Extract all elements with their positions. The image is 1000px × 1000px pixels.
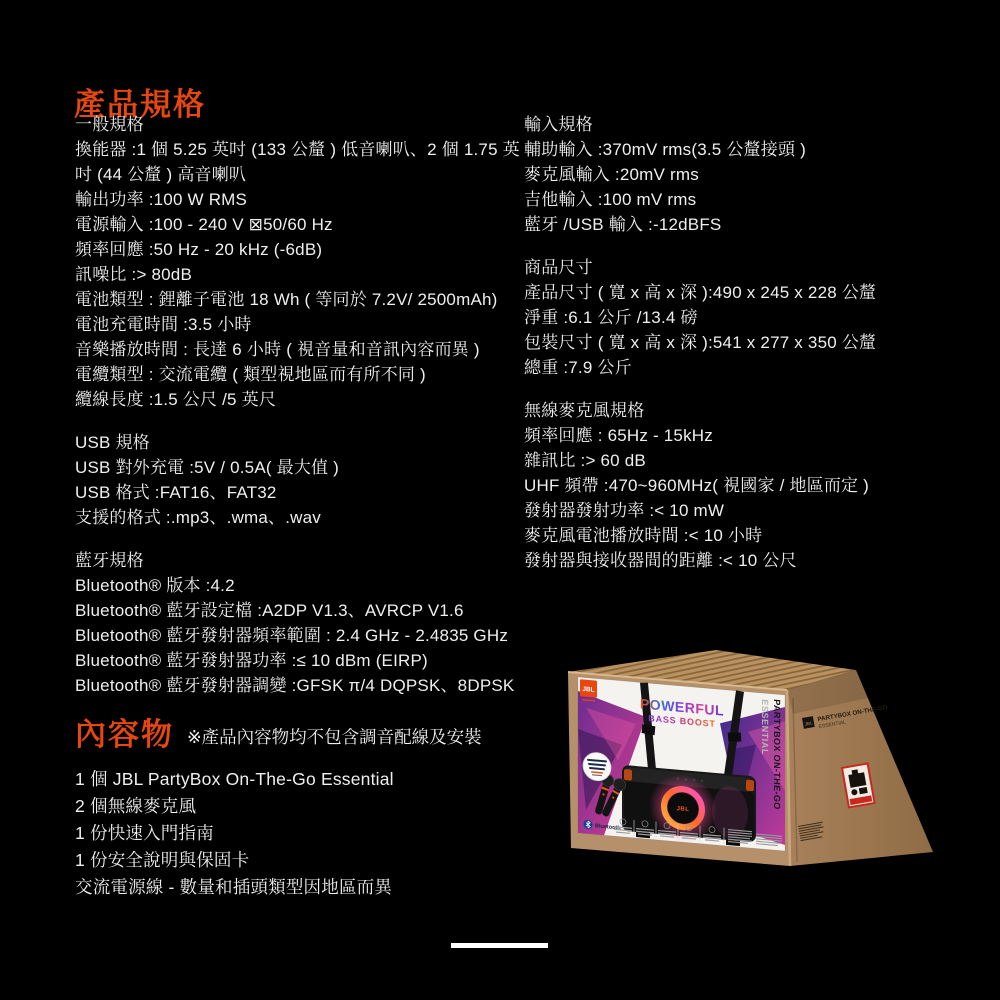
product-spec-page: { "page": { "bg": "#000000", "accent": "…: [0, 0, 1000, 1000]
spec-line: 纜線長度 :1.5 公尺 /5 英尺: [75, 387, 533, 412]
box-side-sticker: [842, 763, 875, 807]
page-bottom-marker: [451, 943, 548, 948]
spec-line: 電池類型 : 鋰離子電池 18 Wh ( 等同於 7.2V/ 2500mAh): [75, 287, 533, 312]
section-heading: 藍牙規格: [75, 548, 533, 573]
spec-line: 換能器 :1 個 5.25 英吋 (133 公釐 ) 低音喇叭、2 個 1.75…: [75, 137, 533, 187]
spec-line: 輸出功率 :100 W RMS: [75, 187, 533, 212]
content-item: 1 個 JBL PartyBox On-The-Go Essential: [75, 766, 533, 793]
spec-line: 音樂播放時間 : 長達 6 小時 ( 視音量和音訊內容而異 ): [75, 337, 533, 362]
content-item: 2 個無線麥克風: [75, 793, 533, 820]
spec-line: UHF 頻帶 :470~960MHz( 視國家 / 地區而定 ): [524, 473, 954, 498]
spec-line: 輔助輸入 :370mV rms(3.5 公釐接頭 ): [524, 137, 954, 162]
spec-line: Bluetooth® 藍牙設定檔 :A2DP V1.3、AVRCP V1.6: [75, 598, 533, 623]
spec-line: 電纜類型 : 交流電纜 ( 類型視地區而有所不同 ): [75, 362, 533, 387]
svg-text:JBL: JBL: [582, 686, 594, 694]
spec-section: 藍牙規格Bluetooth® 版本 :4.2Bluetooth® 藍牙設定檔 :…: [75, 548, 533, 698]
spec-line: USB 格式 :FAT16、FAT32: [75, 480, 533, 505]
spec-line: 頻率回應 :50 Hz - 20 kHz (-6dB): [75, 237, 533, 262]
spec-line: 淨重 :6.1 公斤 /13.4 磅: [524, 305, 954, 330]
content-item: 1 份安全說明與保固卡: [75, 847, 533, 874]
spec-line: 總重 :7.9 公斤: [524, 355, 954, 380]
content-item: 1 份快速入門指南: [75, 820, 533, 847]
box-front-label: POWERFUL BASS BOOST JBL: [578, 677, 785, 851]
spec-line: 藍牙 /USB 輸入 :-12dBFS: [524, 212, 954, 237]
section-heading: 輸入規格: [524, 112, 954, 137]
spec-line: 麥克風電池播放時間 :< 10 小時: [524, 523, 954, 548]
contents-list: 1 個 JBL PartyBox On-The-Go Essential2 個無…: [75, 766, 533, 901]
spec-line: 產品尺寸 ( 寬 x 高 x 深 ):490 x 245 x 228 公釐: [524, 280, 954, 305]
handle-accent: [746, 780, 754, 792]
spec-line: 發射器發射功率 :< 10 mW: [524, 498, 954, 523]
contents-header: 內容物 ※產品內容物均不包含調音配線及安裝: [75, 716, 533, 754]
spec-section: USB 規格USB 對外充電 :5V / 0.5A( 最大值 )USB 格式 :…: [75, 430, 533, 530]
spec-section: 商品尺寸產品尺寸 ( 寬 x 高 x 深 ):490 x 245 x 228 公…: [524, 255, 954, 380]
specs-right-column: 輸入規格輔助輸入 :370mV rms(3.5 公釐接頭 )麥克風輸入 :20m…: [524, 112, 954, 591]
spec-line: Bluetooth® 藍牙發射器調變 :GFSK π/4 DQPSK、8DPSK: [75, 673, 533, 698]
model-vertical-text: PARTYBOX ON-THE-GO: [772, 699, 782, 810]
spec-line: 支援的格式 :.mp3、.wma、.wav: [75, 505, 533, 530]
spec-line: 電池充電時間 :3.5 小時: [75, 312, 533, 337]
spec-section: 輸入規格輔助輸入 :370mV rms(3.5 公釐接頭 )麥克風輸入 :20m…: [524, 112, 954, 237]
spec-line: 麥克風輸入 :20mV rms: [524, 162, 954, 187]
spec-line: Bluetooth® 藍牙發射器功率 :≤ 10 dBm (EIRP): [75, 648, 533, 673]
jbl-ring-logo: JBL: [677, 806, 690, 813]
spec-line: USB 對外充電 :5V / 0.5A( 最大值 ): [75, 455, 533, 480]
spec-line: Bluetooth® 版本 :4.2: [75, 573, 533, 598]
specs-left-column: 一般規格換能器 :1 個 5.25 英吋 (133 公釐 ) 低音喇叭、2 個 …: [75, 112, 533, 901]
product-box-image: POWERFUL BASS BOOST JBL: [556, 640, 946, 888]
spec-line: Bluetooth® 藍牙發射器頻率範圍 : 2.4 GHz - 2.4835 …: [75, 623, 533, 648]
spec-line: 雜訊比 :> 60 dB: [524, 448, 954, 473]
spec-line: 吉他輸入 :100 mV rms: [524, 187, 954, 212]
section-heading: USB 規格: [75, 430, 533, 455]
spec-line: 訊噪比 :> 80dB: [75, 262, 533, 287]
section-heading: 商品尺寸: [524, 255, 954, 280]
contents-title: 內容物: [75, 716, 174, 754]
spec-section: 一般規格換能器 :1 個 5.25 英吋 (133 公釐 ) 低音喇叭、2 個 …: [75, 112, 533, 412]
spec-line: 發射器與接收器間的距離 :< 10 公尺: [524, 548, 954, 573]
handle-accent: [624, 769, 632, 781]
contents-note: ※產品內容物均不包含調音配線及安裝: [187, 724, 482, 754]
variant-vertical-text: ESSENTIAL: [760, 699, 770, 756]
content-item: 交流電源線 - 數量和插頭類型因地區而異: [75, 874, 533, 901]
spec-line: 電源輸入 :100 - 240 V ⊠50/60 Hz: [75, 212, 533, 237]
spec-line: 頻率回應 : 65Hz - 15kHz: [524, 423, 954, 448]
spec-section: 無線麥克風規格頻率回應 : 65Hz - 15kHz雜訊比 :> 60 dBUH…: [524, 398, 954, 573]
spec-line: 包裝尺寸 ( 寬 x 高 x 深 ):541 x 277 x 350 公釐: [524, 330, 954, 355]
section-heading: 一般規格: [75, 112, 533, 137]
section-heading: 無線麥克風規格: [524, 398, 954, 423]
